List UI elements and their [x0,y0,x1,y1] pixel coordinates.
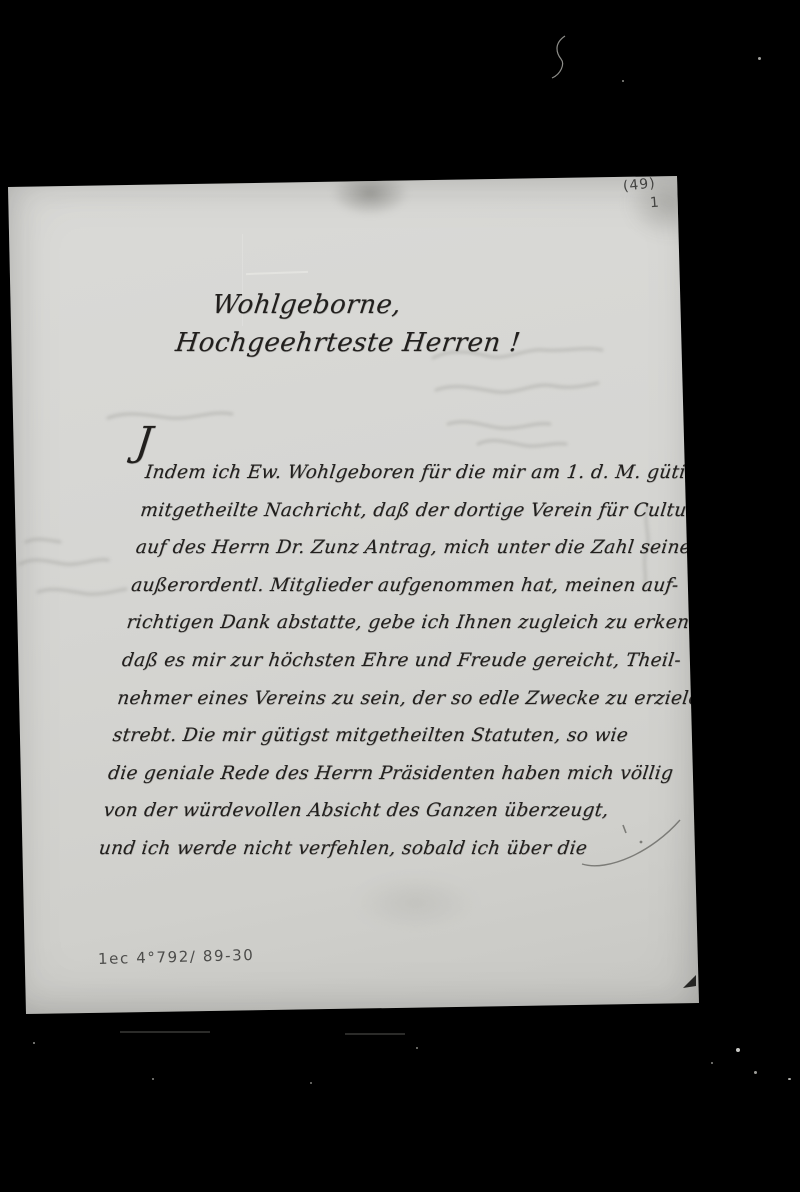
dust-speck [736,1048,740,1052]
body-line: richtigen Dank abstatte, gebe ich Ihnen … [124,604,733,642]
film-scratch [120,1031,210,1033]
salutation: Wohlgeborne, Hochgeehrteste Herren ! [173,286,527,362]
seal-show-through [353,874,478,932]
body-line: mitgetheilte Nachricht, daß der dortige … [138,492,747,530]
dust-speck [788,1078,791,1080]
body-line: die geniale Rede des Herrn Präsidenten h… [106,755,715,793]
dust-speck [711,1062,713,1064]
dust-speck [33,1042,35,1044]
folio-mark-pencil: (49) [622,175,656,194]
body-line: nehmer eines Vereins zu sein, der so edl… [115,680,724,718]
letter-page: (49) 1 Wohlgeborne, Hochgeehrteste Herre… [8,176,700,1014]
dust-speck [152,1078,154,1080]
dust-speck [622,80,624,82]
scan-background: (49) 1 Wohlgeborne, Hochgeehrteste Herre… [0,0,800,1192]
body-line: daß es mir zur höchsten Ehre und Freude … [120,642,729,680]
pencil-stroke [568,804,698,874]
dust-speck [754,1071,757,1074]
salutation-line: Hochgeehrteste Herren ! [173,324,522,362]
body-line: außerordentl. Mitglieder aufgenommen hat… [129,567,738,605]
corner-notch [680,972,700,992]
body-line: auf des Herrn Dr. Zunz Antrag, mich unte… [134,529,743,567]
body-line: strebt. Die mir gütigst mitgetheilten St… [110,717,719,755]
body-line: Indem ich Ew. Wohlgeboren für die mir am… [143,454,752,492]
paper-smudge [331,170,409,216]
film-scratch [345,1033,405,1035]
salutation-line: Wohlgeborne, [210,286,527,324]
folio-number-pencil: 1 [649,195,659,212]
dust-speck [310,1082,312,1084]
dust-speck [758,57,761,60]
dust-speck [416,1047,418,1049]
thread-speck-icon [546,34,574,82]
